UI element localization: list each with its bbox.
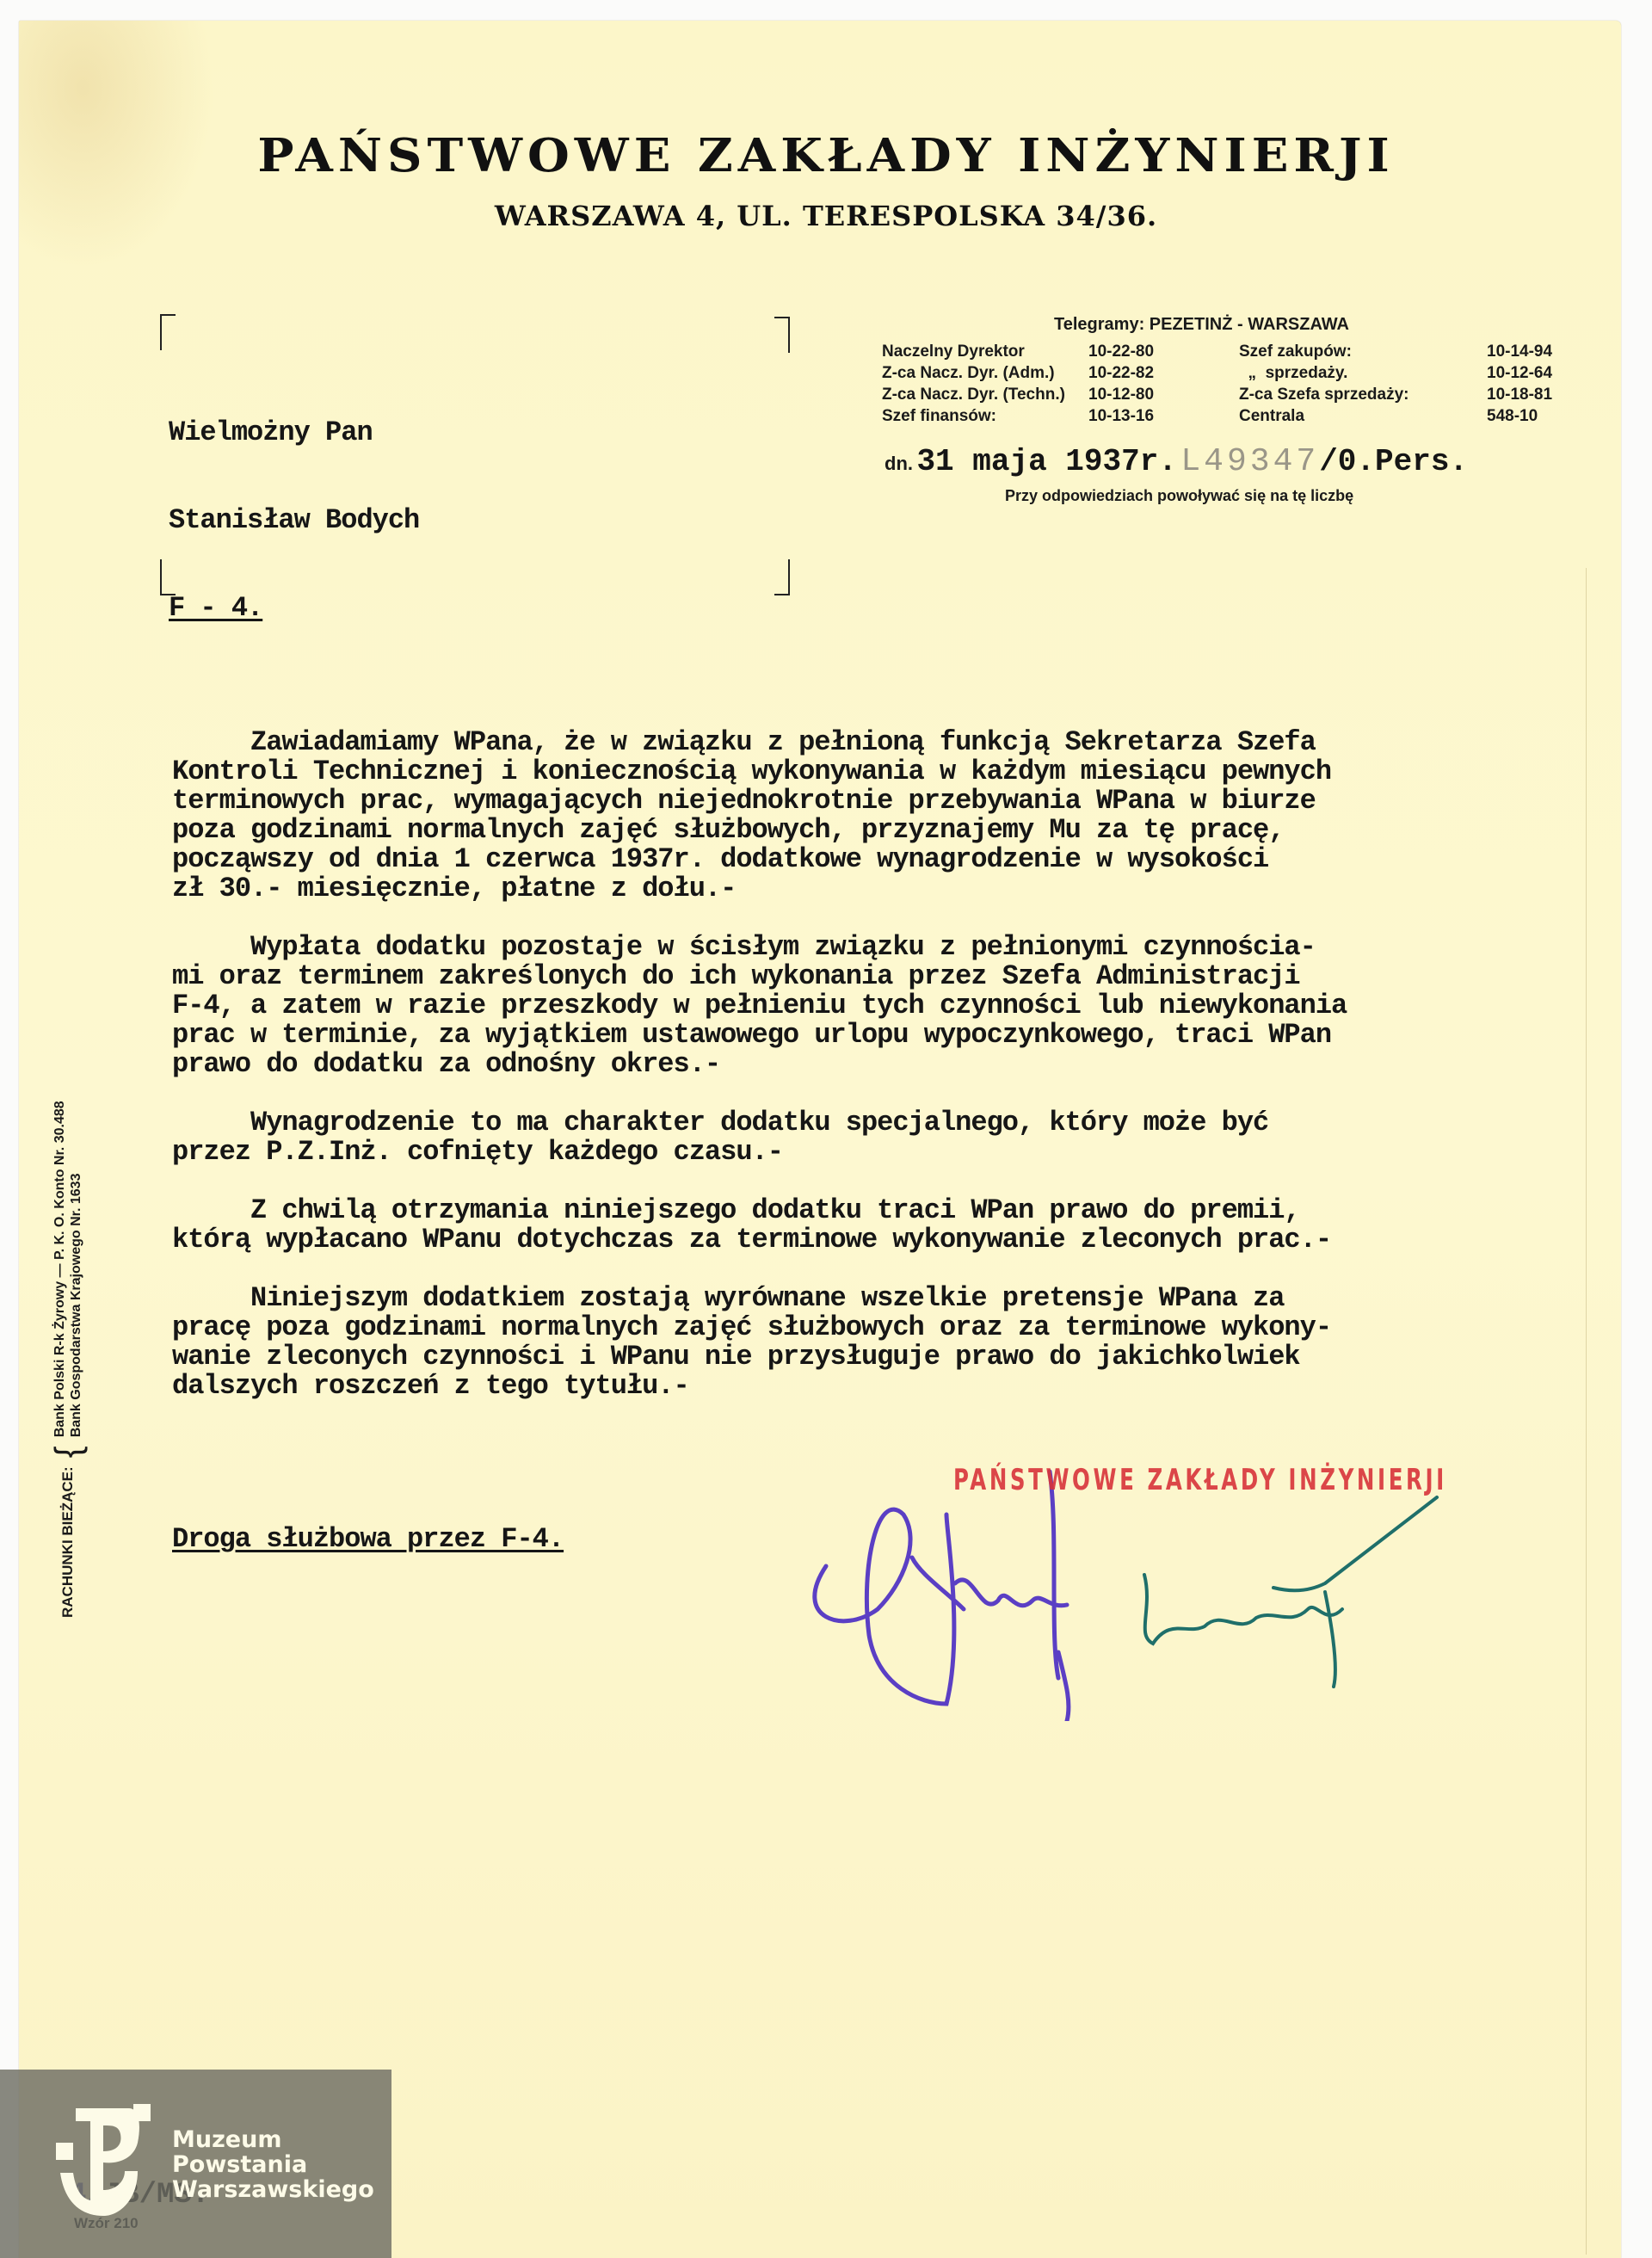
body-line: począwszy od dnia 1 czerwca 1937r. dodat… xyxy=(172,845,1347,874)
reference-number: 49347 xyxy=(1204,443,1319,480)
phone-row: Naczelny Dyrektor 10-22-80 Szef zakupów:… xyxy=(882,341,1590,362)
bank-entry: Bank Polski R-k Żyrowy — P. K. O. Konto … xyxy=(52,1101,67,1437)
body-line: przez P.Z.Inż. cofnięty każdego czasu.- xyxy=(172,1138,1347,1167)
kotwica-anchor-icon xyxy=(52,2104,163,2233)
body-line: dalszych roszczeń z tego tytułu.- xyxy=(172,1372,1347,1401)
paper-fold xyxy=(1586,568,1587,2255)
date-prefix: dn. xyxy=(885,453,913,474)
routing-note: Droga służbowa przez F-4. xyxy=(172,1525,564,1554)
brace-icon: { xyxy=(50,1446,86,1458)
phone-number: 10-12-64 xyxy=(1487,362,1590,384)
signature-icon xyxy=(774,1463,1600,1721)
body-line: prac w terminie, za wyjątkiem ustawowego… xyxy=(172,1021,1347,1050)
recipient-name: Stanisław Bodych xyxy=(169,506,419,535)
reference-prefix: L xyxy=(1180,443,1204,480)
body-line: Z chwilą otrzymania niniejszego dodatku … xyxy=(172,1196,1347,1225)
bank-entry: Bank Gospodarstwa Krajowego Nr. 1633 xyxy=(69,1174,83,1438)
phone-label: Z-ca Nacz. Dyr. (Adm.) xyxy=(882,362,1088,384)
reference-suffix: /0.Pers. xyxy=(1319,444,1468,479)
reference-note: Przy odpowiedziach powoływać się na tę l… xyxy=(1005,487,1353,505)
telegram-header: Telegramy: PEZETINŻ - WARSZAWA xyxy=(1054,315,1349,335)
body-line: zł 30.- miesięcznie, płatne z dołu.- xyxy=(172,874,1347,904)
phone-label: Z-ca Szefa sprzedaży: xyxy=(1239,384,1487,405)
phone-row: Szef finansów: 10-13-16 Centrala 548-10 xyxy=(882,405,1590,427)
recipient-department: F - 4. xyxy=(169,594,419,623)
body-line: pracę poza godzinami normalnych zajęć sł… xyxy=(172,1313,1347,1342)
phone-number: 10-22-82 xyxy=(1088,362,1239,384)
phone-directory: Naczelny Dyrektor 10-22-80 Szef zakupów:… xyxy=(882,341,1590,427)
body-line: którą wypłacano WPanu dotychczas za term… xyxy=(172,1225,1347,1255)
phone-label: Szef zakupów: xyxy=(1239,341,1487,362)
body-line: Zawiadamiamy WPana, że w związku z pełni… xyxy=(172,728,1347,757)
letterhead-address: WARSZAWA 4, UL. TERESPOLSKA 34/36. xyxy=(0,200,1652,232)
body-line: Wynagrodzenie to ma charakter dodatku sp… xyxy=(172,1108,1347,1138)
body-line: terminowych prac, wymagających niejednok… xyxy=(172,787,1347,816)
phone-label: Z-ca Nacz. Dyr. (Techn.) xyxy=(882,384,1088,405)
address-corner-mark xyxy=(774,559,790,595)
company-stamp: PAŃSTWOWE ZAKŁADY INŻYNIERJI xyxy=(953,1463,1447,1497)
body-line: wanie zleconych czynności i WPanu nie pr… xyxy=(172,1342,1347,1372)
body-paragraph: Wypłata dodatku pozostaje w ścisłym zwią… xyxy=(172,933,1347,1079)
address-corner-mark xyxy=(160,314,176,350)
body-line: Kontroli Technicznej i koniecznością wyk… xyxy=(172,757,1347,787)
museum-name-line: Warszawskiego xyxy=(172,2177,374,2202)
phone-label: Naczelny Dyrektor xyxy=(882,341,1088,362)
letterhead-title: PAŃSTWOWE ZAKŁADY INŻYNIERJI xyxy=(0,129,1652,183)
body-paragraph: Wynagrodzenie to ma charakter dodatku sp… xyxy=(172,1108,1347,1167)
phone-number: 10-13-16 xyxy=(1088,405,1239,427)
body-paragraph: Niniejszym dodatkiem zostają wyrównane w… xyxy=(172,1284,1347,1401)
date-reference-line: dn. 31 maja 1937r. L49347/0.Pers. xyxy=(885,443,1468,480)
body-paragraph: Zawiadamiamy WPana, że w związku z pełni… xyxy=(172,728,1347,904)
museum-name-line: Muzeum xyxy=(172,2127,374,2152)
bank-list: Bank Polski R-k Żyrowy — P. K. O. Konto … xyxy=(52,1101,84,1437)
recipient-block: Wielmożny Pan Stanisław Bodych F - 4. xyxy=(169,360,419,652)
phone-number: 10-12-80 xyxy=(1088,384,1239,405)
body-line: mi oraz terminem zakreślonych do ich wyk… xyxy=(172,962,1347,991)
body-line: poza godzinami normalnych zajęć służbowy… xyxy=(172,816,1347,845)
body-line: prawo do dodatku za odnośny okres.- xyxy=(172,1050,1347,1079)
phone-row: Z-ca Nacz. Dyr. (Adm.) 10-22-82 „ sprzed… xyxy=(882,362,1590,384)
bank-accounts-margin: RACHUNKI BIEŻĄCE: { Bank Polski R-k Żyro… xyxy=(50,1101,86,1618)
body-line: Wypłata dodatku pozostaje w ścisłym zwią… xyxy=(172,933,1347,962)
letter-date: 31 maja 1937r. xyxy=(916,444,1176,479)
museum-name: Muzeum Powstania Warszawskiego xyxy=(172,2127,374,2202)
phone-number: 10-14-94 xyxy=(1487,341,1590,362)
phone-label: Szef finansów: xyxy=(882,405,1088,427)
body-line: F-4, a zatem w razie przeszkody w pełnie… xyxy=(172,991,1347,1021)
bank-accounts-label: RACHUNKI BIEŻĄCE: xyxy=(59,1466,77,1618)
recipient-salutation: Wielmożny Pan xyxy=(169,418,419,447)
phone-label: Centrala xyxy=(1239,405,1487,427)
phone-number: 548-10 xyxy=(1487,405,1590,427)
address-corner-mark xyxy=(774,317,790,353)
body-line: Niniejszym dodatkiem zostają wyrównane w… xyxy=(172,1284,1347,1313)
phone-number: 10-22-80 xyxy=(1088,341,1239,362)
body-paragraph: Z chwilą otrzymania niniejszego dodatku … xyxy=(172,1196,1347,1255)
phone-number: 10-18-81 xyxy=(1487,384,1590,405)
letter-body: Zawiadamiamy WPana, że w związku z pełni… xyxy=(172,728,1347,1430)
museum-name-line: Powstania xyxy=(172,2152,374,2177)
phone-row: Z-ca Nacz. Dyr. (Techn.) 10-12-80 Z-ca S… xyxy=(882,384,1590,405)
phone-label: „ sprzedaży. xyxy=(1239,362,1487,384)
